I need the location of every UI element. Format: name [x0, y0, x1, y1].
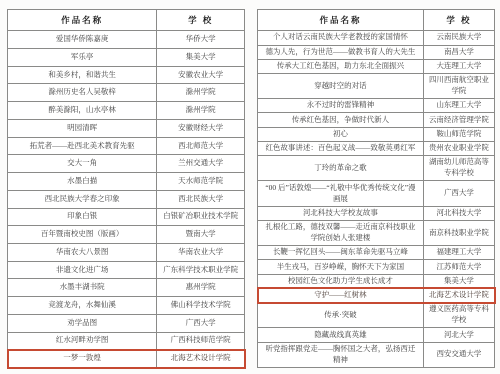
table-row: 劝学品图广西大学 [8, 314, 245, 332]
school-name-cell: 南京科技职业学院 [423, 220, 494, 245]
work-title-cell: 百年暨南校史图（版画） [8, 226, 157, 244]
table-row: 长鞭一挥忆回头——闽东革命先驱马立峰福建理工大学 [258, 246, 495, 260]
work-title-cell: 半生戎马，百岁峥嵘，胸怀天下为家国 [258, 260, 424, 274]
table-row: 丁玲的革命之歌湖南幼儿师范高等专科学校 [258, 156, 495, 181]
work-title-cell: 交大一角 [8, 155, 157, 173]
school-name-cell: 佛山科学技术学院 [157, 297, 245, 315]
work-title-cell: 拓荒者——赴西北美术教育先驱 [8, 137, 157, 155]
table-row: 扎根化工路，德技双馨——走近南京科技职业学院创始人张建楼南京科技职业学院 [258, 220, 495, 245]
table-row: 华南农大八景图华南农业大学 [8, 243, 245, 261]
table-row: 红色故事讲述：百色起义战——致敬英勇红军贵州农业职业学院 [258, 141, 495, 155]
table-row: 拓荒者——赴西北美术教育先驱西北师范大学 [8, 137, 245, 155]
table-body-left: 爱国华侨陈嘉庚华侨大学军乐亭集美大学和美乡村，和谐共生安徽农业大学滁州历史名人吴… [8, 31, 245, 368]
school-name-cell: 贵州农业职业学院 [423, 141, 494, 155]
table-row: 初心鞍山师范学院 [258, 127, 495, 141]
work-title-cell: 劝学品图 [8, 314, 157, 332]
table-row: 明园清晖安徽财经大学 [8, 119, 245, 137]
table-row: “00 后”话敦煌——“礼敬中华优秀传统文化”漫画展广西大学 [258, 181, 495, 206]
school-name-cell: 南昌大学 [423, 45, 494, 59]
table-row: 醉美滁阳，山水亭林滁州学院 [8, 102, 245, 120]
school-name-cell: 鞍山师范学院 [423, 127, 494, 141]
table-row: 西北民族大学春之印象西北民族大学 [8, 190, 245, 208]
work-title-cell: 永不过时的雷锋精神 [258, 99, 424, 113]
work-title-cell: 个人对话云南民族大学老教授的家国情怀 [258, 31, 424, 45]
school-name-cell: 广西大学 [157, 314, 245, 332]
table-row: 红水河畔劝学图广西科技师范学院 [8, 332, 245, 350]
table-row: 竞渡龙舟，水舞仙溪佛山科学技术学院 [8, 297, 245, 315]
school-name-cell: 云南经济管理学院 [423, 113, 494, 127]
work-title-cell: 守护——红树林 [258, 288, 424, 302]
school-name-cell: 广东科学技术职业学院 [157, 261, 245, 279]
table-row-highlighted: 守护——红树林北海艺术设计学院 [258, 288, 495, 302]
work-title-cell: 爱国华侨陈嘉庚 [8, 31, 157, 49]
table-row: 听党指挥跟党走——胸怀国之大者，弘扬西迁精神西安交通大学 [258, 342, 495, 367]
works-table-left: 作品名称 学 校 爱国华侨陈嘉庚华侨大学军乐亭集美大学和美乡村，和谐共生安徽农业… [7, 9, 245, 368]
table-row: 隐藏战线真英雄河北大学 [258, 328, 495, 342]
work-title-cell: 水墨丰湖书院 [8, 279, 157, 297]
work-title-cell: 校园红色文化助力学生成长成才 [258, 274, 424, 288]
table-header-row: 作品名称 学 校 [8, 10, 245, 31]
school-name-cell: 兰州交通大学 [157, 155, 245, 173]
work-title-cell: 印象白银 [8, 208, 157, 226]
work-title-cell: 传承红色基因，争做时代新人 [258, 113, 424, 127]
school-name-cell: 江苏师范大学 [423, 260, 494, 274]
school-name-cell: 安徽农业大学 [157, 66, 245, 84]
school-name-cell: 河北大学 [423, 328, 494, 342]
school-name-cell: 天水师范学院 [157, 173, 245, 191]
work-title-cell: 醉美滁阳，山水亭林 [8, 102, 157, 120]
table-row: 百年暨南校史图（版画）暨南大学 [8, 226, 245, 244]
table-row: 传承·突破遵义医药高等专科学校 [258, 303, 495, 328]
work-title-cell: 传承·突破 [258, 303, 424, 328]
work-title-cell: 河北科技大学校友故事 [258, 206, 424, 220]
school-name-cell: 广西科技师范学院 [157, 332, 245, 350]
work-title-cell: 长鞭一挥忆回头——闽东革命先驱马立峰 [258, 246, 424, 260]
work-title-cell: 华南农大八景图 [8, 243, 157, 261]
school-name-cell: 集美大学 [157, 49, 245, 67]
table-row: 传承红色基因，争做时代新人云南经济管理学院 [258, 113, 495, 127]
table-row: 爱国华侨陈嘉庚华侨大学 [8, 31, 245, 49]
school-name-cell: 西安交通大学 [423, 342, 494, 367]
table-row: 水墨白描天水师范学院 [8, 173, 245, 191]
table-row: 和美乡村，和谐共生安徽农业大学 [8, 66, 245, 84]
column-header-school: 学 校 [423, 10, 494, 31]
table-row: 河北科技大学校友故事河北科技大学 [258, 206, 495, 220]
table-row: 滁州历史名人吴敬梓滁州学院 [8, 84, 245, 102]
school-name-cell: 安徽财经大学 [157, 119, 245, 137]
table-row: 传承大工红色基因，助力东北全面振兴大连理工大学 [258, 59, 495, 73]
school-name-cell: 山东理工大学 [423, 99, 494, 113]
work-title-cell: 非遗文化进广场 [8, 261, 157, 279]
work-title-cell: 红色故事讲述：百色起义战——致敬英勇红军 [258, 141, 424, 155]
school-name-cell: 华南农业大学 [157, 243, 245, 261]
column-header-school: 学 校 [157, 10, 245, 31]
school-name-cell: 湖南幼儿师范高等专科学校 [423, 156, 494, 181]
table-row: 水墨丰湖书院惠州学院 [8, 279, 245, 297]
school-name-cell: 西北民族大学 [157, 190, 245, 208]
table-row: 永不过时的雷锋精神山东理工大学 [258, 99, 495, 113]
school-name-cell: 滁州学院 [157, 102, 245, 120]
work-title-cell: 竞渡龙舟，水舞仙溪 [8, 297, 157, 315]
work-title-cell: 初心 [258, 127, 424, 141]
column-header-work: 作品名称 [8, 10, 157, 31]
work-title-cell: 传承大工红色基因，助力东北全面振兴 [258, 59, 424, 73]
work-title-cell: 明园清晖 [8, 119, 157, 137]
works-table-right: 作品名称 学 校 个人对话云南民族大学老教授的家国情怀云南民族大学德为人先，行为… [257, 9, 495, 368]
school-name-cell: 西北师范大学 [157, 137, 245, 155]
school-name-cell: 遵义医药高等专科学校 [423, 303, 494, 328]
school-name-cell: 河北科技大学 [423, 206, 494, 220]
school-name-cell: 四川西南航空职业学院 [423, 73, 494, 98]
two-column-award-tables: 作品名称 学 校 爱国华侨陈嘉庚华侨大学军乐亭集美大学和美乡村，和谐共生安徽农业… [0, 0, 500, 374]
school-name-cell: 北海艺术设计学院 [423, 288, 494, 302]
school-name-cell: 云南民族大学 [423, 31, 494, 45]
work-title-cell: 和美乡村，和谐共生 [8, 66, 157, 84]
school-name-cell: 广西大学 [423, 181, 494, 206]
work-title-cell: 德为人先，行为世范——做教书育人的大先生 [258, 45, 424, 59]
work-title-cell: 听党指挥跟党走——胸怀国之大者，弘扬西迁精神 [258, 342, 424, 367]
work-title-cell: 一梦一敦煌 [8, 350, 157, 368]
work-title-cell: 军乐亭 [8, 49, 157, 67]
column-header-work: 作品名称 [258, 10, 424, 31]
school-name-cell: 滁州学院 [157, 84, 245, 102]
work-title-cell: “00 后”话敦煌——“礼敬中华优秀传统文化”漫画展 [258, 181, 424, 206]
table-row: 德为人先，行为世范——做教书育人的大先生南昌大学 [258, 45, 495, 59]
table-row: 个人对话云南民族大学老教授的家国情怀云南民族大学 [258, 31, 495, 45]
work-title-cell: 红水河畔劝学图 [8, 332, 157, 350]
work-title-cell: 穿越时空的对话 [258, 73, 424, 98]
work-title-cell: 丁玲的革命之歌 [258, 156, 424, 181]
work-title-cell: 西北民族大学春之印象 [8, 190, 157, 208]
table-body-right: 个人对话云南民族大学老教授的家国情怀云南民族大学德为人先，行为世范——做教书育人… [258, 31, 495, 368]
work-title-cell: 水墨白描 [8, 173, 157, 191]
table-row: 穿越时空的对话四川西南航空职业学院 [258, 73, 495, 98]
school-name-cell: 华侨大学 [157, 31, 245, 49]
table-row: 交大一角兰州交通大学 [8, 155, 245, 173]
table-header-row: 作品名称 学 校 [258, 10, 495, 31]
table-row-highlighted: 一梦一敦煌北海艺术设计学院 [8, 350, 245, 368]
table-row: 军乐亭集美大学 [8, 49, 245, 67]
table-row: 校园红色文化助力学生成长成才集美大学 [258, 274, 495, 288]
school-name-cell: 白银矿冶职业技术学院 [157, 208, 245, 226]
table-row: 非遗文化进广场广东科学技术职业学院 [8, 261, 245, 279]
school-name-cell: 大连理工大学 [423, 59, 494, 73]
work-title-cell: 滁州历史名人吴敬梓 [8, 84, 157, 102]
school-name-cell: 惠州学院 [157, 279, 245, 297]
table-row: 半生戎马，百岁峥嵘，胸怀天下为家国江苏师范大学 [258, 260, 495, 274]
school-name-cell: 暨南大学 [157, 226, 245, 244]
school-name-cell: 集美大学 [423, 274, 494, 288]
work-title-cell: 扎根化工路，德技双馨——走近南京科技职业学院创始人张建楼 [258, 220, 424, 245]
table-row: 印象白银白银矿冶职业技术学院 [8, 208, 245, 226]
school-name-cell: 北海艺术设计学院 [157, 350, 245, 368]
work-title-cell: 隐藏战线真英雄 [258, 328, 424, 342]
school-name-cell: 福建理工大学 [423, 246, 494, 260]
